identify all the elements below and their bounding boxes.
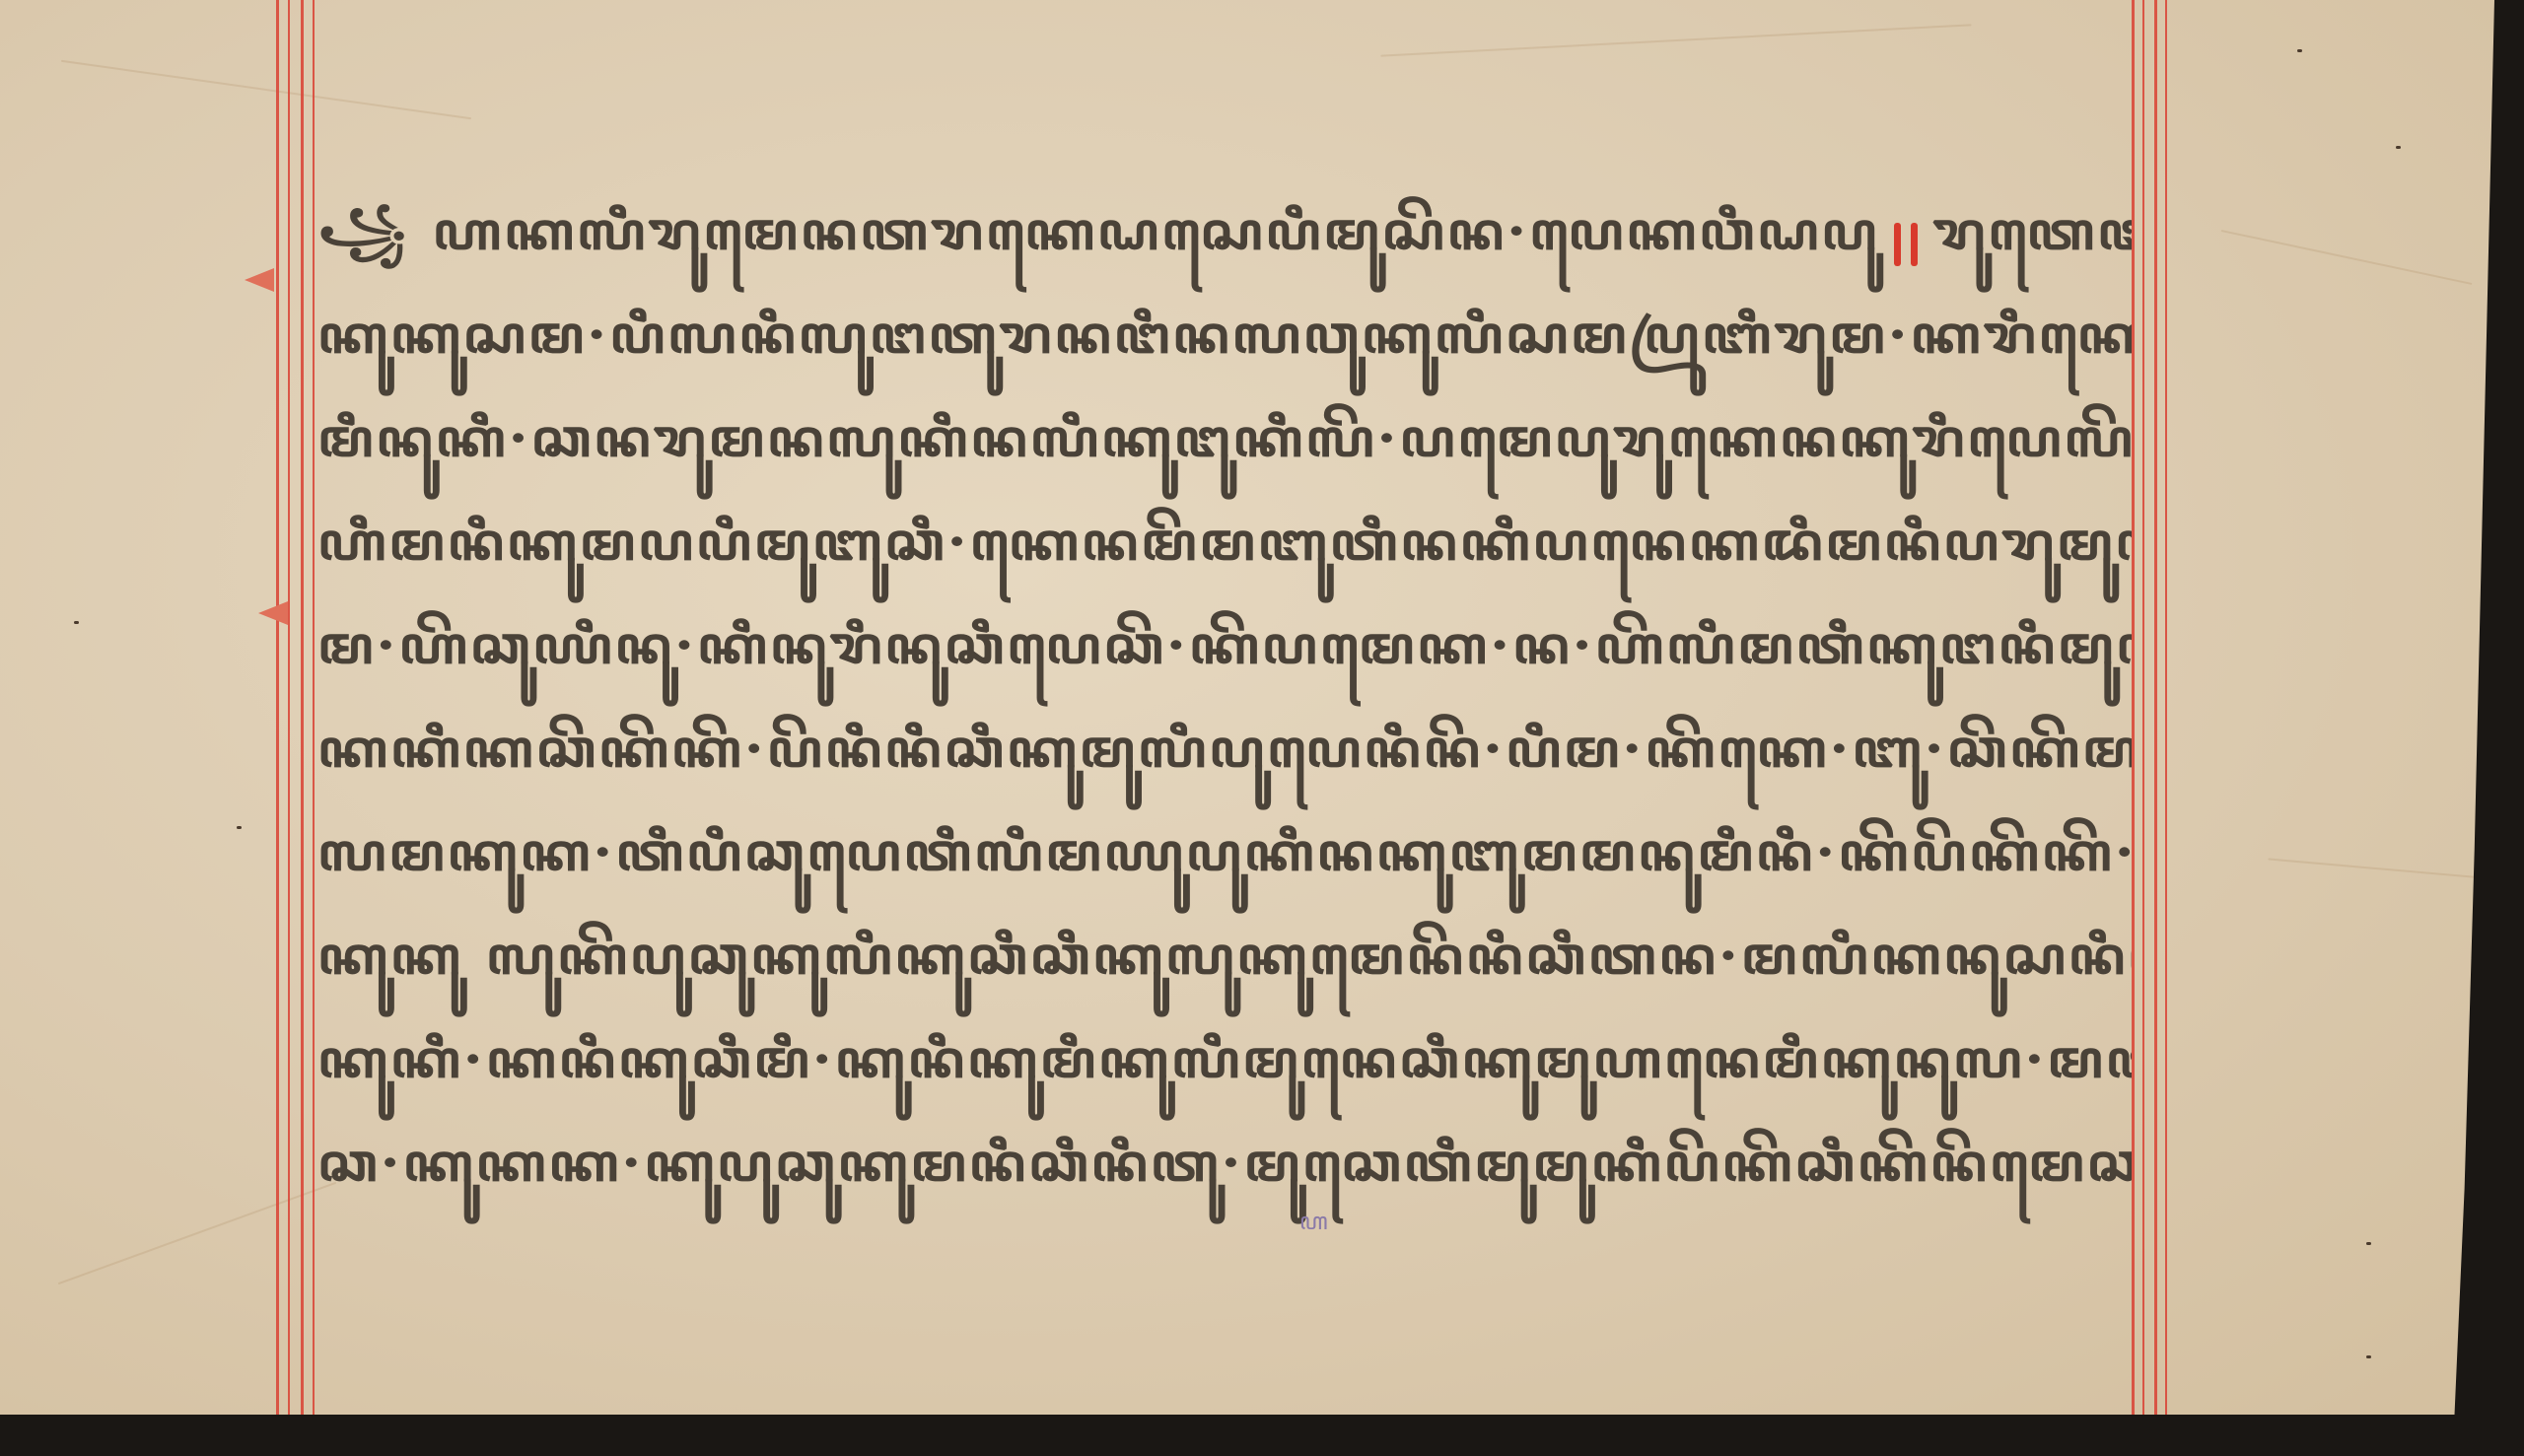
right-margin-rule	[2132, 0, 2135, 1415]
line-text: ꦭꦩꦏꦸꦏ·ꦠꦶꦥꦶꦕꦸꦥꦺꦠꦶꦭꦶꦩꦪꦸꦥꦸꦏꦶꦤꦏꦸꦧꦸꦩꦩꦤꦸꦩꦶꦤꦶ·ꦏ…	[317, 813, 2132, 917]
left-margin-rule	[313, 0, 315, 1415]
left-margin-rule	[288, 0, 290, 1415]
text-line-8: ꦏꦸꦏꦸ ꦭꦸꦏꦼꦥꦸꦕꦸꦏꦸꦭꦶꦏꦸꦕꦶꦕꦶꦏꦸꦭꦸꦏꦸꦩꦺꦤꦼꦤꦶꦕꦶꦠꦤ·…	[317, 917, 2132, 1020]
text-line-4: ꦲꦶꦩꦤꦶꦏꦸꦩꦥꦥꦶꦩꦸꦧꦸꦕꦶ·ꦏꦺꦤꦩꦼꦩꦧꦸꦠꦶꦤꦏꦶꦥꦤꦺꦏꦢꦶꦩꦤꦶ…	[317, 503, 2132, 606]
paper-fiber	[1380, 24, 1971, 56]
line-text: ꧁ ꦲꦏꦭꦶꦫꦸꦩꦺꦤꦠꦫꦏꦺꦝꦱꦺꦥꦶꦩꦸꦱꦼꦤ·ꦥꦺꦏꦮꦶꦝꦥꦸ	[317, 192, 1879, 296]
paper-fiber	[61, 60, 471, 119]
line-text: ꦏꦸꦏꦸꦱꦩ·ꦥꦶꦭꦤꦶꦭꦸꦔꦠꦸꦫꦤꦔꦶꦤꦭꦮꦸꦏꦸꦭꦶꦱꦩꦥꦿꦸꦧꦶꦫꦸꦩ·…	[317, 296, 2132, 399]
text-line-9: ꦏꦸꦏꦶ·ꦏꦤꦶꦏꦸꦕꦶꦩꦶ·ꦏꦸꦤꦶꦏꦸꦩꦶꦏꦸꦭꦶꦩꦸꦤꦺꦕꦶꦏꦸꦩꦸꦲꦤꦺ…	[317, 1020, 2132, 1124]
margin-notch	[245, 268, 274, 292]
marginal-annotation: ꦲ	[1299, 1203, 1328, 1251]
manuscript-text-block: ꧁ ꦲꦏꦭꦶꦫꦸꦩꦺꦤꦠꦫꦏꦺꦝꦱꦺꦥꦶꦩꦸꦱꦼꦤ·ꦥꦺꦏꦮꦶꦝꦥꦸꦫꦸꦠꦺꦔꦥ…	[317, 192, 2132, 1227]
line-text: ꦲꦶꦩꦤꦶꦏꦸꦩꦥꦥꦶꦩꦸꦧꦸꦕꦶ·ꦏꦺꦤꦩꦼꦩꦧꦸꦠꦶꦤꦏꦶꦥꦤꦺꦏꦢꦶꦩꦤꦶ…	[317, 503, 2132, 606]
margin-notch	[258, 601, 288, 625]
line-text: ꦫꦸꦠꦺꦔꦥꦶꦭꦼꦤꦤꦶꦏꦸꦩꦸꦫꦺꦥꦭꦼꦏꦸ	[1932, 192, 2132, 296]
paper-speck	[237, 826, 242, 829]
left-margin-rule	[276, 0, 279, 1415]
paper-fiber	[2221, 230, 2473, 285]
line-text: ꦏꦏꦶꦏꦕꦼꦏꦼꦏꦼ·ꦥꦼꦤꦶꦤꦶꦕꦶꦏꦸꦩꦸꦭꦶꦥꦸꦥꦺꦤꦶꦤꦼ·ꦥꦶꦩ·ꦏꦼ…	[317, 710, 2132, 813]
right-margin-rule	[2154, 0, 2157, 1415]
text-line-7: ꦭꦩꦏꦸꦏ·ꦠꦶꦥꦶꦕꦸꦥꦺꦠꦶꦭꦶꦩꦪꦸꦥꦸꦏꦶꦤꦏꦸꦧꦸꦩꦩꦤꦸꦩꦶꦤꦶ·ꦏ…	[317, 813, 2132, 917]
line-text: ꦩꦶꦤꦸꦏꦶ·ꦕꦤꦫꦸꦩꦤꦭꦸꦏꦶꦤꦭꦶꦏꦸꦔꦸꦏꦶꦭꦼ·ꦥꦩꦺꦥꦸꦫꦸꦏꦺꦤꦏ…	[317, 399, 2132, 503]
paper-speck	[2366, 1355, 2371, 1358]
paper-fiber	[2268, 858, 2484, 878]
left-margin-rule	[301, 0, 304, 1415]
line-text: ꦕ·ꦏꦸꦏꦏ·ꦏꦸꦥꦸꦕꦸꦏꦸꦩꦤꦶꦕꦶꦤꦶꦠꦸ·ꦩꦸꦕꦺꦠꦶꦩꦸꦩꦸꦏꦶꦥꦼꦏ…	[317, 1124, 2132, 1227]
paper-speck	[2366, 1242, 2371, 1245]
paper-speck	[74, 621, 79, 624]
text-line-1: ꧁ ꦲꦏꦭꦶꦫꦸꦩꦺꦤꦠꦫꦏꦺꦝꦱꦺꦥꦶꦩꦸꦱꦼꦤ·ꦥꦺꦏꦮꦶꦝꦥꦸꦫꦸꦠꦺꦔꦥ…	[317, 192, 2132, 296]
red-double-danda	[1889, 223, 1923, 266]
text-line-5: ꦩ·ꦲꦼꦕꦸꦪꦶꦤꦸ·ꦏꦶꦤꦸꦫꦶꦤꦸꦕꦶꦥꦺꦕꦼ·ꦏꦼꦥꦩꦺꦏ·ꦤ·ꦲꦼꦭꦶꦩ…	[317, 606, 2132, 710]
manuscript-folio: ꧁ ꦲꦏꦭꦶꦫꦸꦩꦺꦤꦠꦫꦏꦺꦝꦱꦺꦥꦶꦩꦸꦱꦼꦤ·ꦥꦺꦏꦮꦶꦝꦥꦸꦫꦸꦠꦺꦔꦥ…	[0, 0, 2494, 1415]
line-text: ꦏꦸꦏꦶ·ꦏꦤꦶꦏꦸꦕꦶꦩꦶ·ꦏꦸꦤꦶꦏꦸꦩꦶꦏꦸꦭꦶꦩꦸꦤꦺꦕꦶꦏꦸꦩꦸꦲꦤꦺ…	[317, 1020, 2132, 1124]
paper-speck	[2396, 146, 2401, 149]
paper-speck	[2297, 49, 2302, 52]
text-line-6: ꦏꦏꦶꦏꦕꦼꦏꦼꦏꦼ·ꦥꦼꦤꦶꦤꦶꦕꦶꦏꦸꦩꦸꦭꦶꦥꦸꦥꦺꦤꦶꦤꦼ·ꦥꦶꦩ·ꦏꦼ…	[317, 710, 2132, 813]
paper-fiber	[58, 1182, 337, 1284]
text-line-10: ꦕ·ꦏꦸꦏꦏ·ꦏꦸꦥꦸꦕꦸꦏꦸꦩꦤꦶꦕꦶꦤꦶꦠꦸ·ꦩꦸꦕꦺꦠꦶꦩꦸꦩꦸꦏꦶꦥꦼꦏ…	[317, 1124, 2132, 1227]
text-line-3: ꦩꦶꦤꦸꦏꦶ·ꦕꦤꦫꦸꦩꦤꦭꦸꦏꦶꦤꦭꦶꦏꦸꦔꦸꦏꦶꦭꦼ·ꦥꦩꦺꦥꦸꦫꦸꦏꦺꦤꦏ…	[317, 399, 2132, 503]
text-line-2: ꦏꦸꦏꦸꦱꦩ·ꦥꦶꦭꦤꦶꦭꦸꦔꦠꦸꦫꦤꦔꦶꦤꦭꦮꦸꦏꦸꦭꦶꦱꦩꦥꦿꦸꦧꦶꦫꦸꦩ·…	[317, 296, 2132, 399]
right-margin-rule	[2142, 0, 2144, 1415]
line-text: ꦏꦸꦏꦸ ꦭꦸꦏꦼꦥꦸꦕꦸꦏꦸꦭꦶꦏꦸꦕꦶꦕꦶꦏꦸꦭꦸꦏꦸꦩꦺꦤꦼꦤꦶꦕꦶꦠꦤ·…	[317, 917, 2132, 1020]
right-margin-rule	[2165, 0, 2167, 1415]
line-text: ꦩ·ꦲꦼꦕꦸꦪꦶꦤꦸ·ꦏꦶꦤꦸꦫꦶꦤꦸꦕꦶꦥꦺꦕꦼ·ꦏꦼꦥꦩꦺꦏ·ꦤ·ꦲꦼꦭꦶꦩ…	[317, 606, 2132, 710]
